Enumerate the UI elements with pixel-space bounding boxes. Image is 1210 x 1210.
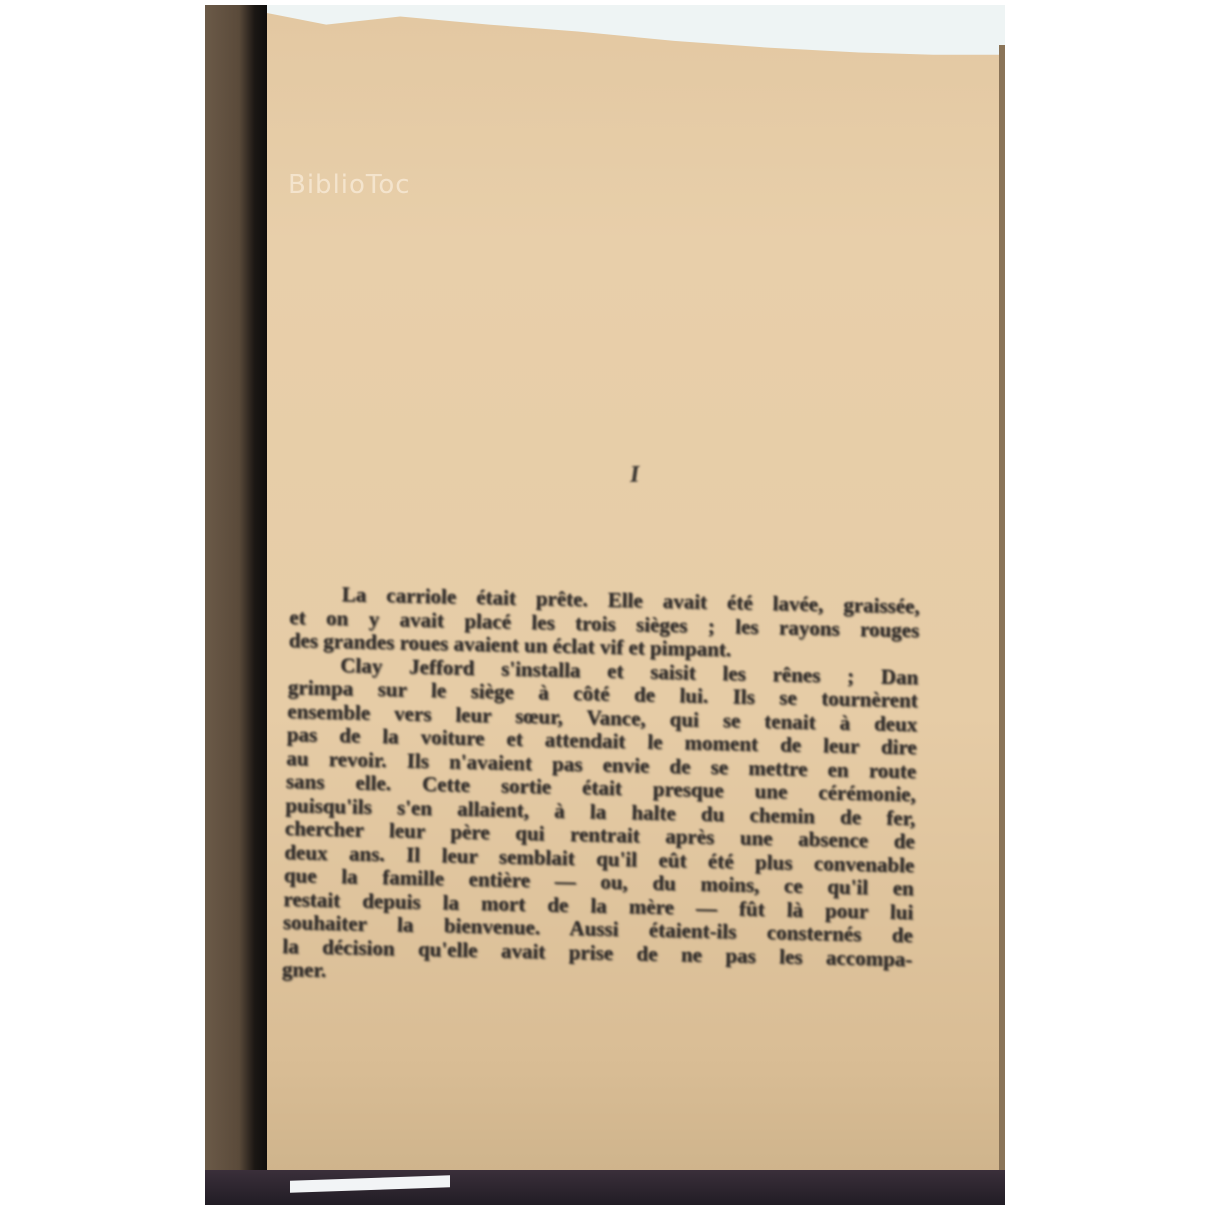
table-shadow [205, 1170, 1005, 1205]
book-cover-edge [205, 5, 267, 1205]
page-text: La carriole était prête. Elle avait été … [282, 582, 920, 995]
watermark: BiblioToc [288, 170, 411, 200]
paragraph-2: Clay Jefford s'installa et saisit les rê… [282, 652, 919, 994]
page-edge [999, 45, 1005, 1175]
paper-strip [290, 1175, 450, 1193]
